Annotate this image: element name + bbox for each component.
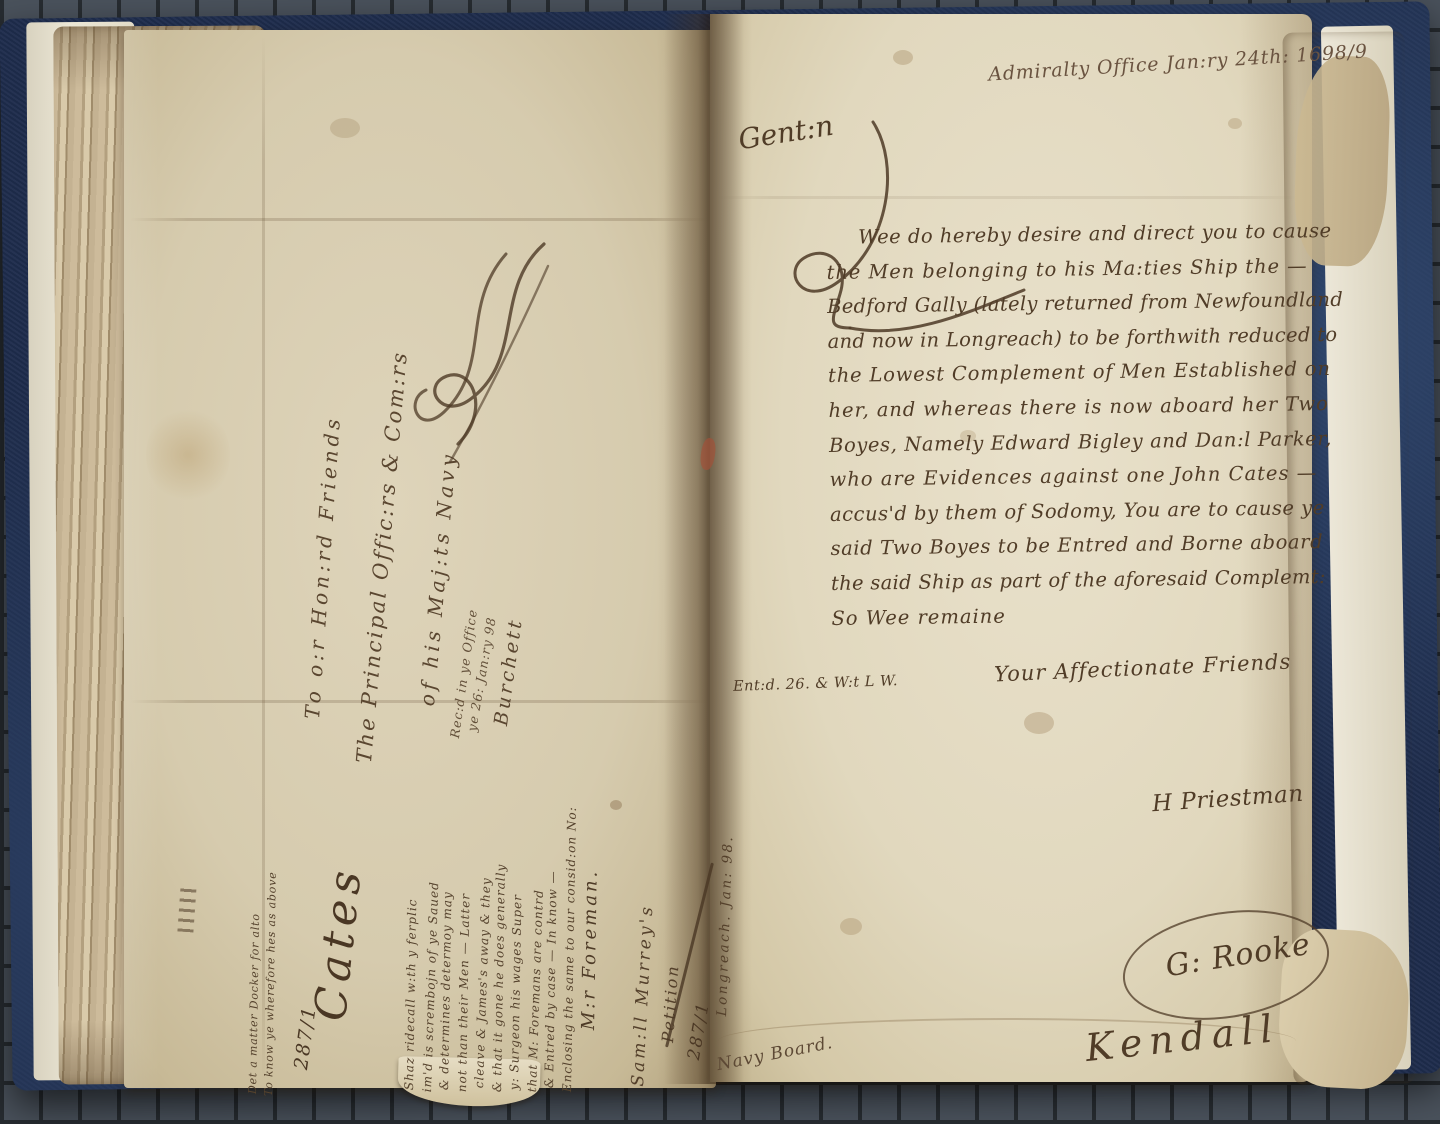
body-line: So Wee remaine [831, 599, 1346, 641]
monogram-flourish [402, 236, 552, 466]
letter-body: Wee do hereby desire and direct you to c… [826, 219, 1347, 641]
left-page [124, 30, 716, 1088]
photograph-of-manuscript-book: Admiralty Office Jan:ry 24th: 1698/9 Gen… [0, 0, 1440, 1124]
pen-trial-marks [177, 885, 196, 932]
endorsement-heading: M:r Foreman. [578, 868, 602, 1030]
